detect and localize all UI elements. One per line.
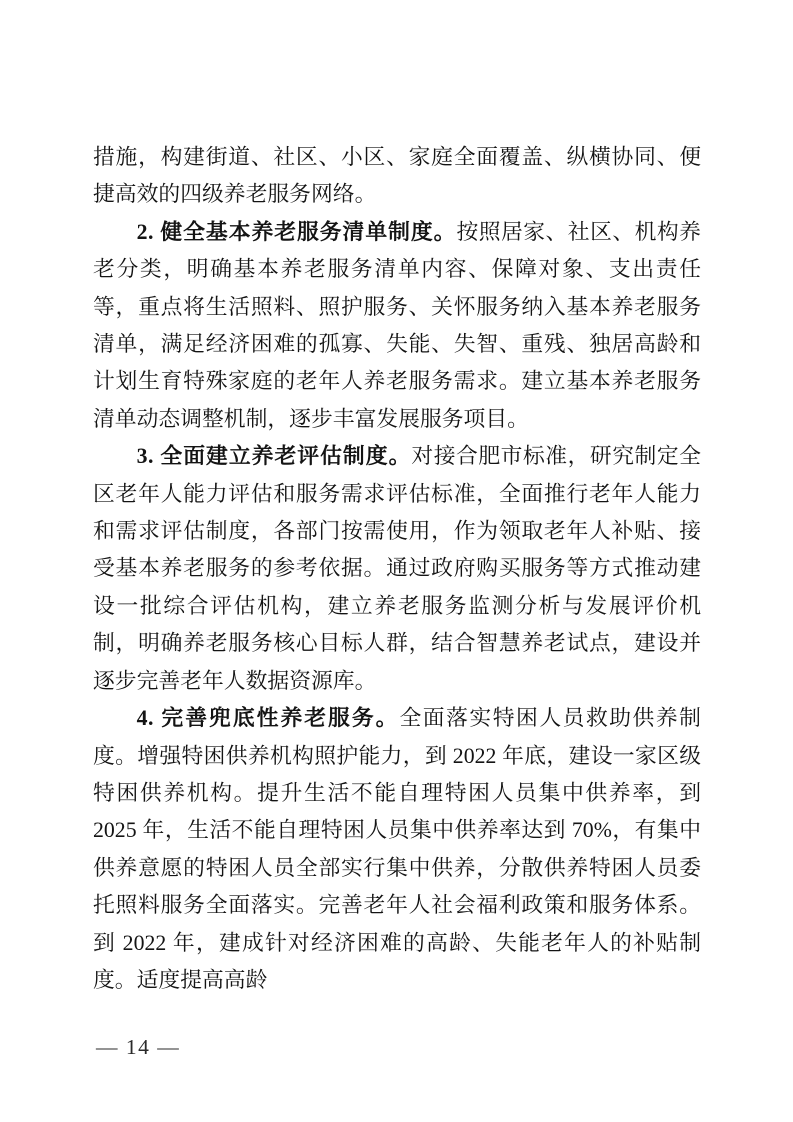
paragraph-continuation: 措施，构建街道、社区、小区、家庭全面覆盖、纵横协同、便捷高效的四级养老服务网络。 xyxy=(93,139,701,214)
section-3-heading: 3. 全面建立养老评估制度。 xyxy=(137,444,412,468)
body-text-run: 全面落实特困人员救助供养制度。增强特困供养机构照护能力，到 2022 年底，建设… xyxy=(93,706,701,992)
body-text-run: 措施，构建街道、社区、小区、家庭全面覆盖、纵横协同、便捷高效的四级养老服务网络。 xyxy=(93,145,701,206)
paragraph-section-3: 3. 全面建立养老评估制度。对接合肥市标准，研究制定全区老年人能力评估和服务需求… xyxy=(93,438,701,700)
body-text-run: 按照居家、社区、机构养老分类，明确基本养老服务清单内容、保障对象、支出责任等，重… xyxy=(93,220,701,431)
body-text-run: 对接合肥市标准，研究制定全区老年人能力评估和服务需求评估标准，全面推行老年人能力… xyxy=(93,444,701,692)
page-number: — 14 — xyxy=(96,1035,180,1060)
section-4-heading: 4. 完善兜底性养老服务。 xyxy=(137,706,400,730)
document-page: 措施，构建街道、社区、小区、家庭全面覆盖、纵横协同、便捷高效的四级养老服务网络。… xyxy=(0,0,793,1122)
section-2-heading: 2. 健全基本养老服务清单制度。 xyxy=(137,220,457,244)
paragraph-section-4: 4. 完善兜底性养老服务。全面落实特困人员救助供养制度。增强特困供养机构照护能力… xyxy=(93,700,701,999)
paragraph-section-2: 2. 健全基本养老服务清单制度。按照居家、社区、机构养老分类，明确基本养老服务清… xyxy=(93,214,701,438)
document-body: 措施，构建街道、社区、小区、家庭全面覆盖、纵横协同、便捷高效的四级养老服务网络。… xyxy=(93,139,701,999)
